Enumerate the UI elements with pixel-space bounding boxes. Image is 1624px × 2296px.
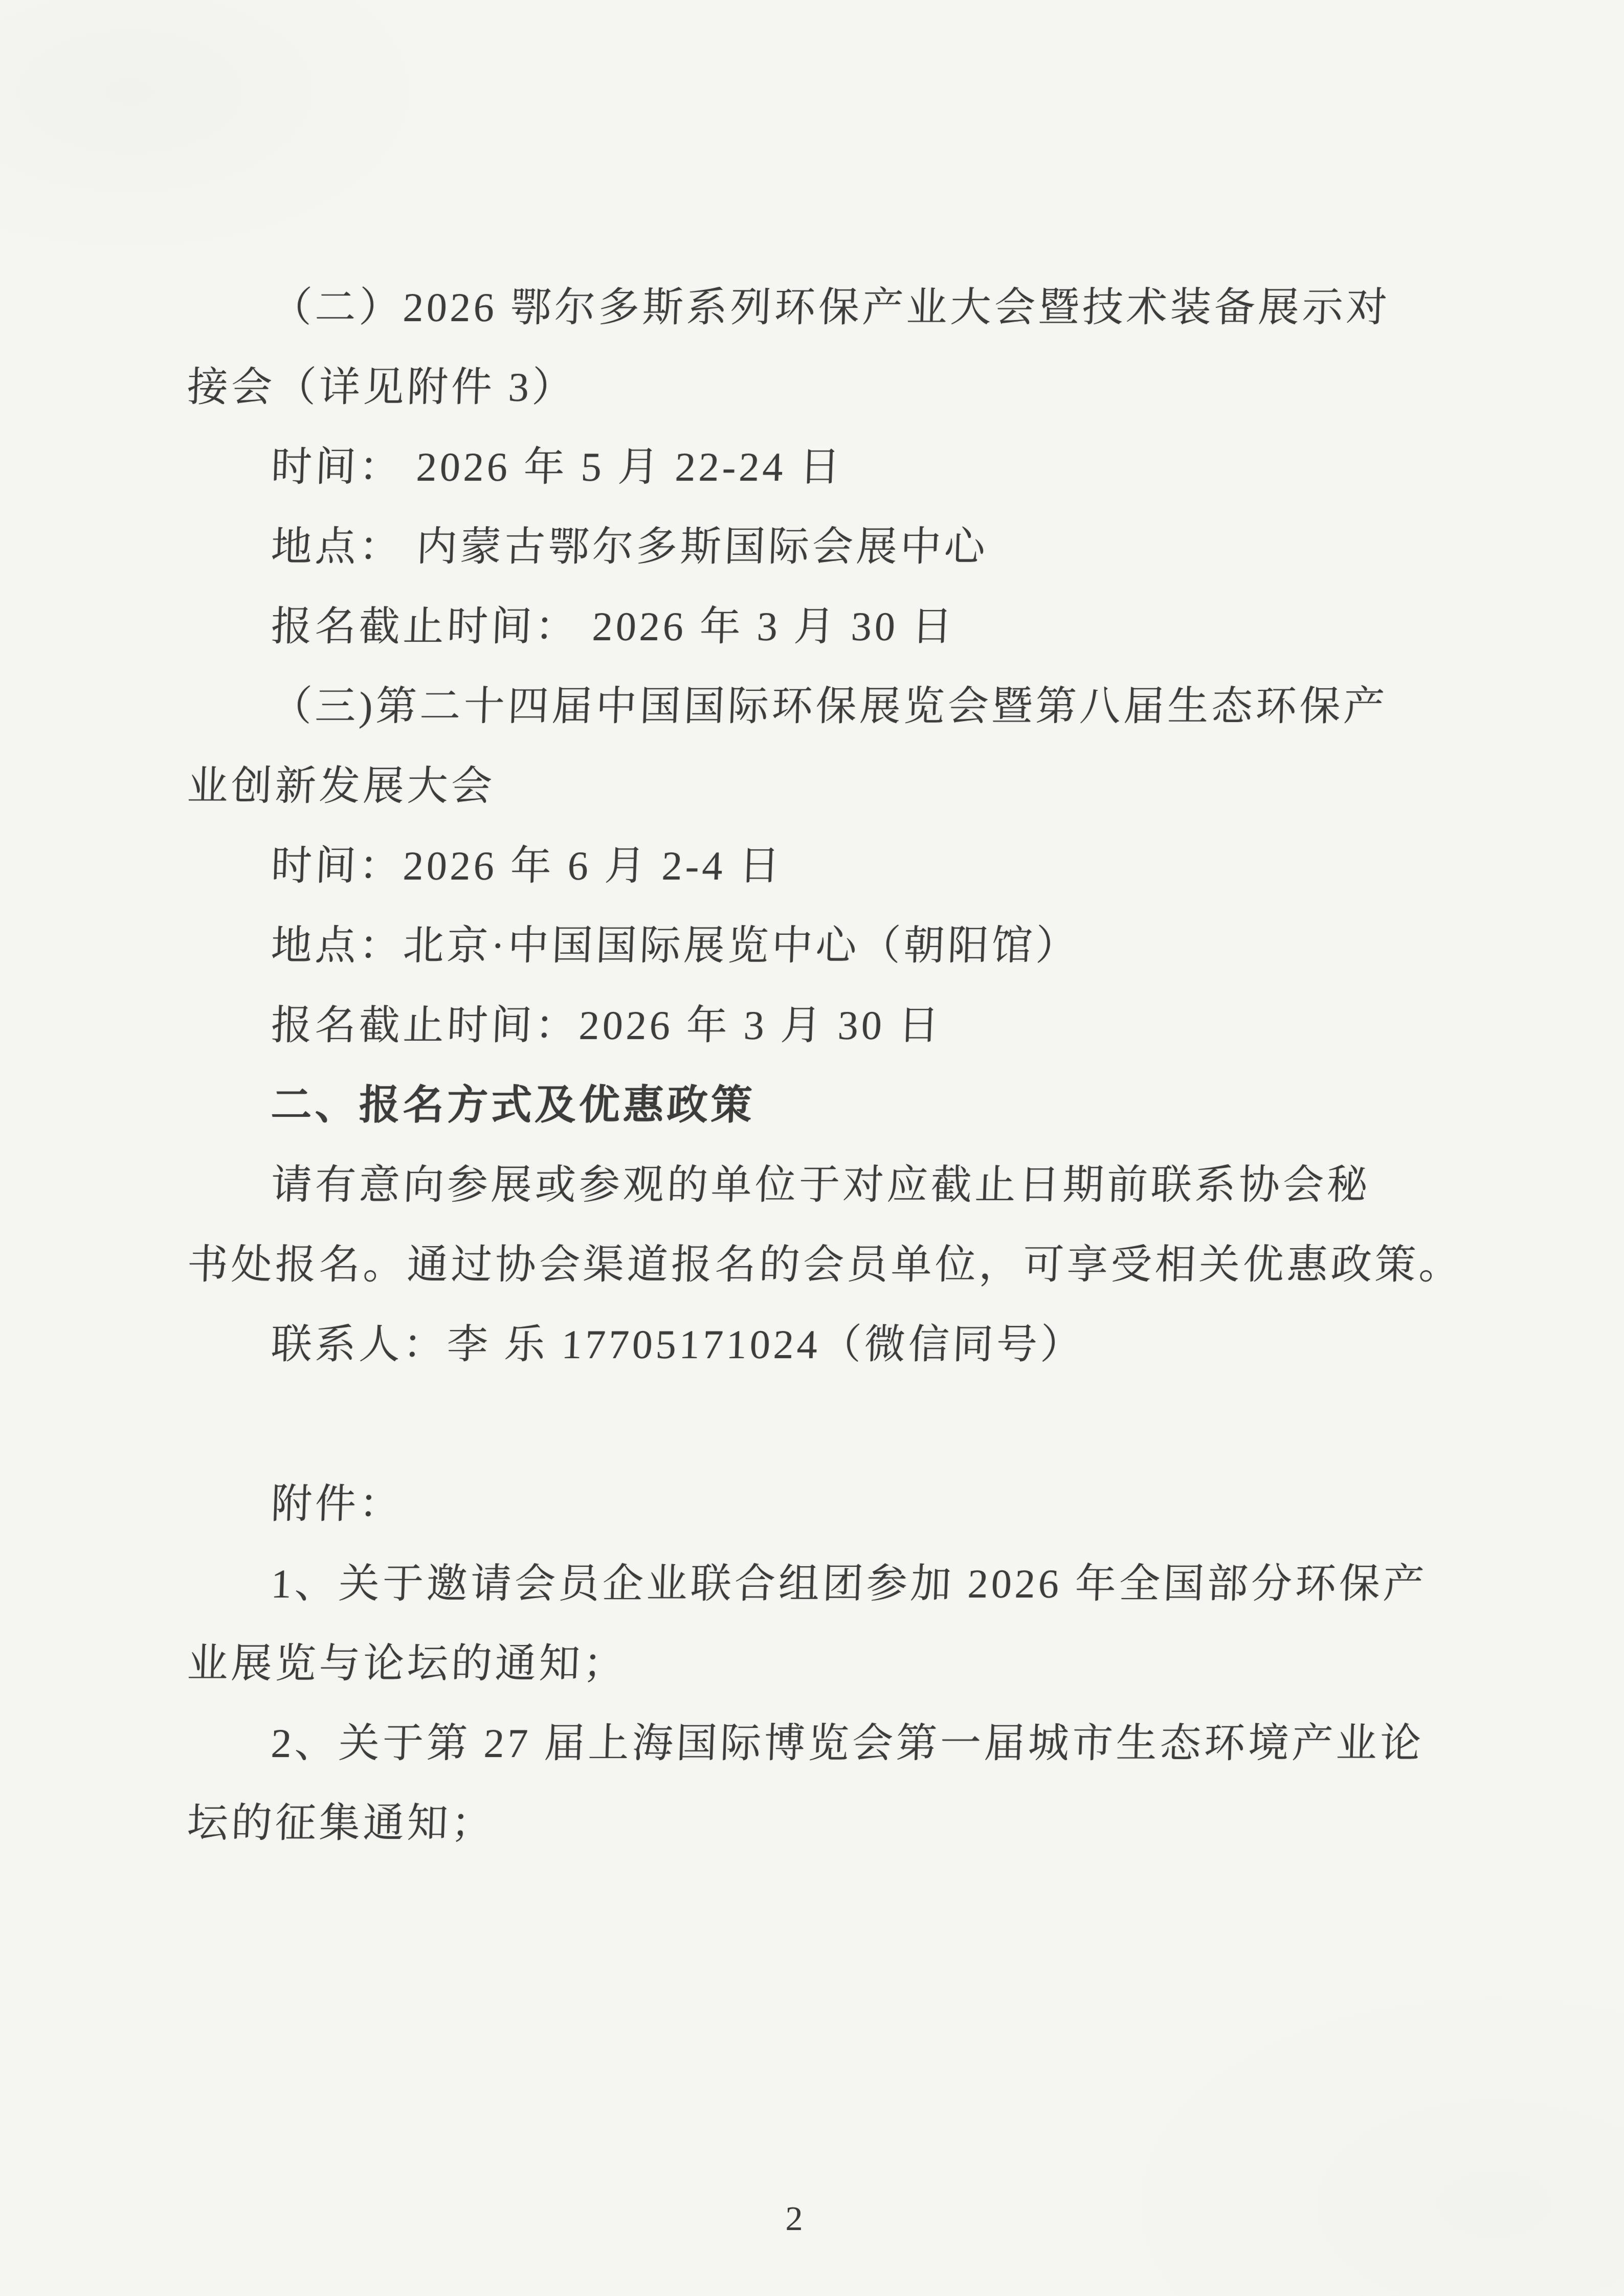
document-text: （二）2026 鄂尔多斯系列环保产业大会暨技术装备展示对 接会（详见附件 3） … — [187, 268, 1473, 1863]
page-number: 2 — [0, 2200, 1606, 2237]
doc-line-section2-time: 时间： 2026 年 5 月 22-24 日 — [186, 427, 1474, 507]
doc-line-attachments-label: 附件： — [186, 1465, 1474, 1544]
doc-line-section2-place: 地点： 内蒙古鄂尔多斯国际会展中心 — [186, 507, 1474, 587]
document-page: （二）2026 鄂尔多斯系列环保产业大会暨技术装备展示对 接会（详见附件 3） … — [0, 0, 1624, 2296]
doc-line-body-2: 书处报名。通过协会渠道报名的会员单位，可享受相关优惠政策。 — [186, 1225, 1474, 1305]
section-heading-registration: 二、报名方式及优惠政策 — [186, 1066, 1474, 1145]
doc-line-section3-deadline: 报名截止时间：2026 年 3 月 30 日 — [186, 986, 1474, 1066]
doc-line-attachment2-2: 坛的征集通知； — [186, 1784, 1474, 1863]
doc-line-section2-title-2: 接会（详见附件 3） — [186, 348, 1474, 427]
doc-line-contact: 联系人：李 乐 17705171024（微信同号） — [186, 1305, 1474, 1385]
doc-line-body-1: 请有意向参展或参观的单位于对应截止日期前联系协会秘 — [186, 1145, 1474, 1225]
doc-line-attachment1-1: 1、关于邀请会员企业联合组团参加 2026 年全国部分环保产 — [186, 1544, 1474, 1624]
doc-line-attachment1-2: 业展览与论坛的通知； — [186, 1624, 1474, 1704]
doc-line-attachment2-1: 2、关于第 27 届上海国际博览会第一届城市生态环境产业论 — [186, 1704, 1474, 1784]
doc-line-section2-title-1: （二）2026 鄂尔多斯系列环保产业大会暨技术装备展示对 — [186, 268, 1474, 348]
doc-line-section2-deadline: 报名截止时间： 2026 年 3 月 30 日 — [186, 587, 1474, 667]
doc-line-section3-place: 地点：北京·中国国际展览中心（朝阳馆） — [186, 906, 1474, 986]
doc-line-section3-title-2: 业创新发展大会 — [186, 747, 1474, 826]
doc-line-section3-time: 时间：2026 年 6 月 2-4 日 — [186, 826, 1474, 906]
doc-line-section3-title-1: （三)第二十四届中国国际环保展览会暨第八届生态环保产 — [186, 667, 1474, 747]
